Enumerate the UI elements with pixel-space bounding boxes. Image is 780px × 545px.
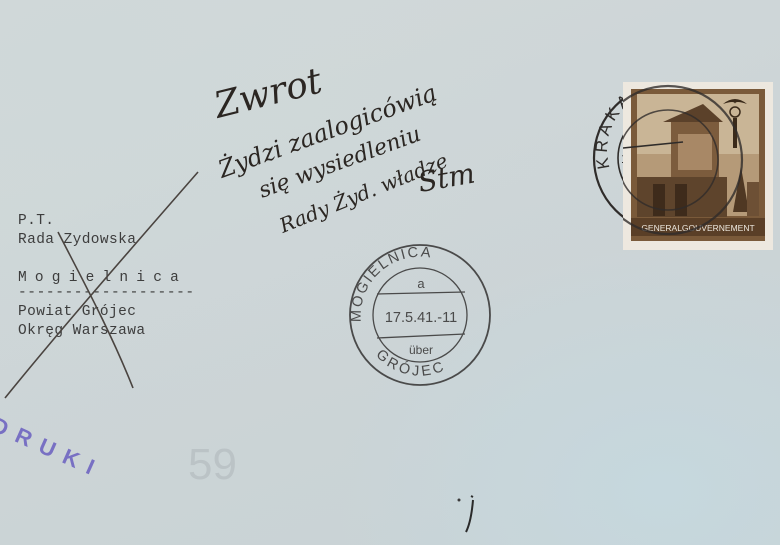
postage-stamp: GENERALGOUVERNEMENT — [623, 82, 773, 252]
pen-mark — [455, 490, 485, 540]
mogielnica-postmark: MOGIELNICA GRÓJEC a 17.5.41.-11 über — [347, 244, 493, 386]
postmark-via: über — [409, 343, 433, 357]
postmark-date: 17.5.41.-11 — [385, 310, 457, 326]
pencil-number: 59 — [188, 440, 237, 490]
note-line-1: Zwrot — [209, 60, 326, 127]
postmark-number: a — [417, 276, 425, 291]
envelope: P.T. Rada Zydowska Mogielnica ----------… — [0, 0, 780, 545]
